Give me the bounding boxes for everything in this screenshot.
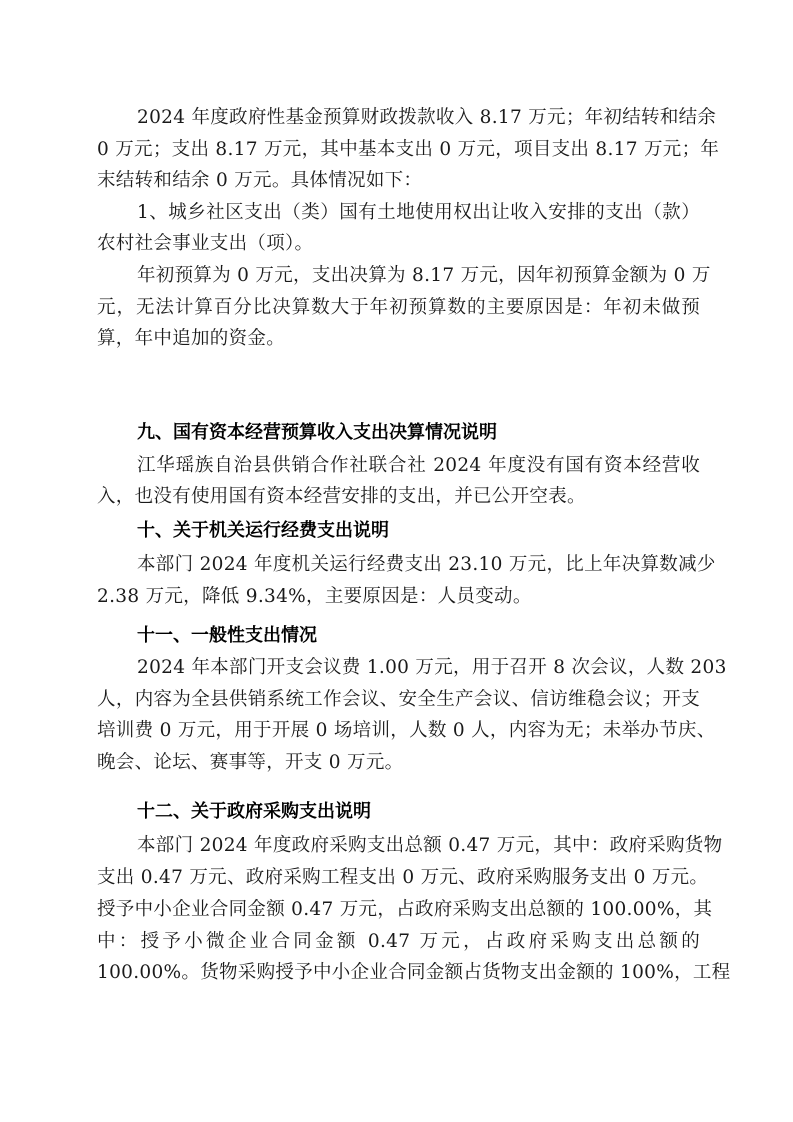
document-page: 2024 年度政府性基金预算财政拨款收入 8.17 万元；年初结转和结余 0 万… [0, 0, 793, 1122]
body-text-line: 100.00%。货物采购授予中小企业合同金额占货物支出金额的 100%，工程 [97, 961, 700, 985]
body-text-line: 农村社会事业支出（项）。 [97, 232, 700, 256]
body-text-line: 江华瑶族自治县供销合作社联合社 2024 年度没有国有资本经营收 [137, 454, 700, 478]
body-text-line: 本部门 2024 年度政府采购支出总额 0.47 万元，其中：政府采购货物 [137, 834, 700, 858]
body-text-line: 元，无法计算百分比决算数大于年初预算数的主要原因是：年初未做预 [97, 296, 700, 320]
section-heading: 十二、关于政府采购支出说明 [137, 800, 371, 824]
body-text-line: 2.38 万元，降低 9.34%，主要原因是：人员变动。 [97, 585, 700, 609]
body-text-line: 年初预算为 0 万元，支出决算为 8.17 万元，因年初预算金额为 0 万 [137, 264, 700, 288]
body-text-line: 算，年中追加的资金。 [97, 327, 700, 351]
body-text-line: 0 万元；支出 8.17 万元，其中基本支出 0 万元，项目支出 8.17 万元… [97, 138, 700, 162]
body-text-line: 2024 年本部门开支会议费 1.00 万元，用于召开 8 次会议，人数 203 [137, 656, 700, 680]
body-text-line: 本部门 2024 年度机关运行经费支出 23.10 万元，比上年决算数减少 [137, 553, 700, 577]
body-text-line: 支出 0.47 万元、政府采购工程支出 0 万元、政府采购服务支出 0 万元。 [97, 866, 700, 890]
section-heading: 十、关于机关运行经费支出说明 [137, 519, 389, 543]
body-text-line: 末结转和结余 0 万元。具体情况如下： [97, 169, 700, 193]
body-text-line: 1、城乡社区支出（类）国有土地使用权出让收入安排的支出（款） [137, 201, 700, 225]
body-text-line: 培训费 0 万元，用于开展 0 场培训，人数 0 人，内容为无；未举办节庆、 [97, 719, 700, 743]
body-text-line: 入，也没有使用国有资本经营安排的支出，并已公开空表。 [97, 485, 700, 509]
section-heading: 九、国有资本经营预算收入支出决算情况说明 [137, 421, 497, 445]
body-text-line: 中：授予小微企业合同金额 0.47 万元，占政府采购支出总额的 [97, 930, 700, 954]
body-text-line: 2024 年度政府性基金预算财政拨款收入 8.17 万元；年初结转和结余 [137, 106, 700, 130]
body-text-line: 人，内容为全县供销系统工作会议、安全生产会议、信访维稳会议；开支 [97, 688, 700, 712]
body-text-line: 晚会、论坛、赛事等，开支 0 万元。 [97, 751, 700, 775]
section-heading: 十一、一般性支出情况 [137, 624, 317, 648]
body-text-line: 授予中小企业合同金额 0.47 万元，占政府采购支出总额的 100.00%，其 [97, 898, 700, 922]
